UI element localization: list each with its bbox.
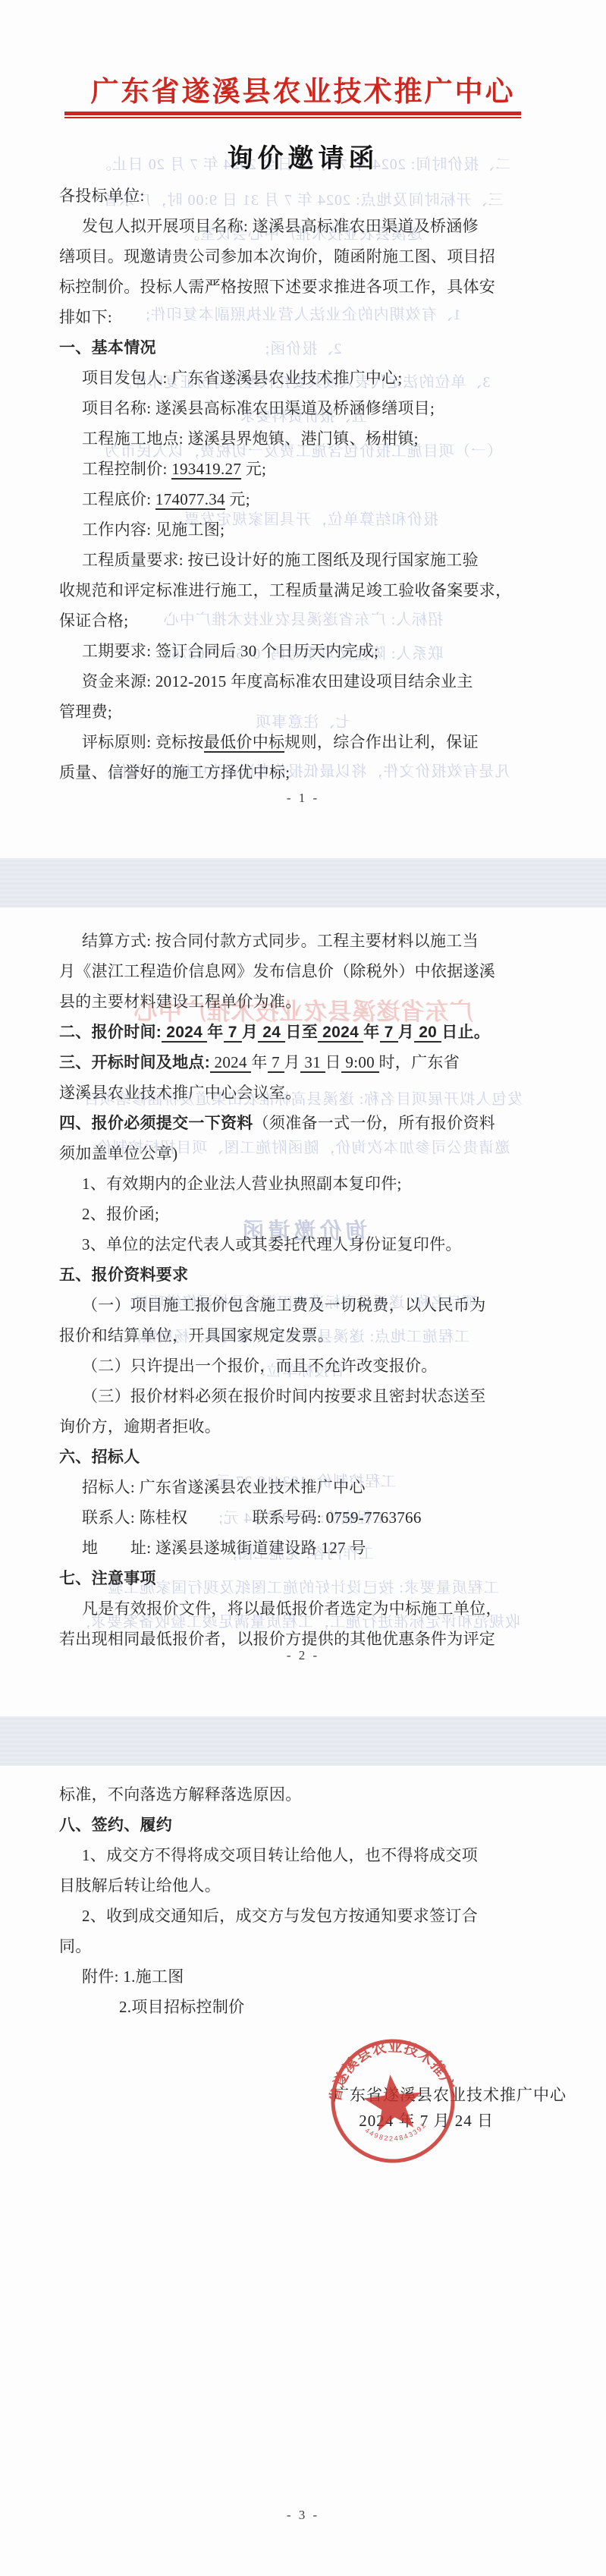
text-line: 质量、信誉好的施工方择优中标; [59, 757, 550, 788]
text-segment: 年 [207, 1024, 223, 1041]
text-segment: 招标人: 广东省遂溪县农业技术推广中心 [82, 1478, 366, 1496]
text-line: （二）只许提出一个报价，而且不允许改变报价。 [59, 1351, 550, 1381]
text-segment: 保证合格; [59, 612, 128, 630]
text-line: 三、开标时间及地点: 2024 年 7 月 31 日 9:00 时，广东省 [59, 1047, 550, 1077]
signature-org-name: 广东省遂溪县农业技术推广中心 [0, 2083, 567, 2106]
text-segment: 标控制价。投标人需严格按照下述要求推进各项工作，具体安 [59, 278, 495, 296]
text-line: 月《湛江工程造价信息网》发布信息价（除税外）中依据遂溪 [59, 956, 550, 986]
text-line: 遂溪县农业技术推广中心会议室。 [59, 1077, 550, 1108]
text-line: 报价和结算单位，开具国家规定发票。 [59, 1320, 550, 1351]
text-segment: 2024 [210, 1053, 251, 1073]
official-seal: 广东省遂溪县农业技术推广中心 4498224843392 [318, 2026, 468, 2176]
text-segment: 项目名称: 遂溪县高标准农田渠道及桥涵修缮项目; [82, 399, 435, 417]
text-segment: 项目发包人: 广东省遂溪县农业技术推广中心; [82, 369, 403, 387]
text-segment: 工作内容: 见施工图; [82, 521, 225, 539]
text-line: 询价方，逾期者拒收。 [59, 1411, 550, 1442]
text-segment: 工程底价: [82, 490, 155, 508]
text-segment: 月《湛江工程造价信息网》发布信息价（除税外）中依据遂溪 [59, 962, 495, 980]
text-segment: （二）只许提出一个报价，而且不允许改变报价。 [82, 1357, 438, 1375]
text-segment: 工程质量要求: 按已设计好的施工图纸及现行国家施工验 [82, 551, 479, 569]
text-line: 二、报价时间: 2024 年 7 月 24 日至 2024 年 7 月 20 日… [59, 1017, 550, 1047]
text-line: 工程控制价: 193419.27 元; [59, 454, 550, 484]
text-line: 目肢解后转让给他人。 [59, 1870, 550, 1901]
text-line: 资金来源: 2012-2015 年度高标准农田建设项目结余业主 [59, 666, 550, 697]
scanned-page-2: 广东省遂溪县农业技术推广中心发包人拟开展项目名称: 遂溪县高标准农田渠道及桥涵修… [0, 907, 606, 1716]
text-segment: 元; [241, 460, 266, 478]
text-line: 1、有效期内的企业法人营业执照副本复印件; [59, 1168, 550, 1199]
text-segment: 日止。 [441, 1024, 490, 1041]
text-segment: 规则，综合作出让利，保证 [284, 733, 479, 751]
text-line: 八、签约、履约 [59, 1810, 550, 1840]
text-line: 排如下: [59, 302, 550, 332]
text-line: 工程底价: 174077.34 元; [59, 484, 550, 514]
text-segment: 工程施工地点: 遂溪县界炮镇、港门镇、杨柑镇; [82, 429, 419, 448]
text-segment: 资金来源: 2012-2015 年度高标准农田建设项目结余业主 [82, 672, 473, 690]
text-line: 3、单位的法定代表人或其委托代理人身份证复印件。 [59, 1229, 550, 1260]
text-segment: 报价和结算单位，开具国家规定发票。 [59, 1326, 334, 1345]
page2-body: 结算方式: 按合同付款方式同步。工程主要材料以施工当月《湛江工程造价信息网》发布… [59, 926, 550, 1654]
text-segment: 193419.27 [171, 460, 241, 480]
text-line: 收规范和评定标准进行施工，工程质量满足竣工验收备案要求， [59, 575, 550, 605]
text-segment: 四、报价必须提交一下资料 [59, 1115, 253, 1132]
text-line: 2.项目招标控制价 [59, 1992, 550, 2022]
text-segment: 联系人: 陈桂权 联系号码: 0759-7763766 [82, 1508, 422, 1527]
text-segment: 三、开标时间及地点: [59, 1054, 210, 1071]
text-segment: 年 [251, 1053, 267, 1071]
text-segment: 县的主要材料建设工程单价为准。 [59, 992, 302, 1011]
text-segment: 收规范和评定标准进行施工，工程质量满足竣工验收备案要求， [59, 581, 511, 599]
text-line: 工程施工地点: 遂溪县界炮镇、港门镇、杨柑镇; [59, 423, 550, 454]
text-segment: （一）项目施工报价包含施工费及一切税费，以人民币为 [82, 1296, 486, 1314]
text-segment: 24 [258, 1024, 285, 1043]
page3-body: 标准，不向落选方解释落选原因。八、签约、履约1、成交方不得将成交项目转让给他人，… [59, 1779, 550, 2022]
text-segment: 日 [325, 1053, 341, 1071]
letterhead-org-name: 广东省遂溪县农业技术推广中心 [0, 68, 606, 109]
text-segment: 若出现相同最低报价者，以报价方提供的其他优惠条件为评定 [59, 1630, 495, 1648]
text-line: 一、基本情况 [59, 332, 550, 363]
text-line: 1、成交方不得将成交项目转让给他人，也不得将成交项 [59, 1840, 550, 1870]
scanned-page-1: 二、报价时间: 2024 年 7 月 24 日至 2024 年 7 月 20 日… [0, 0, 606, 858]
text-segment: （三）报价材料必须在报价时间内按要求且密封状态送至 [82, 1387, 486, 1405]
text-segment: 2024 [318, 1024, 363, 1043]
page1-body: 各投标单位:发包人拟开展项目名称: 遂溪县高标准农田渠道及桥涵修缮项目。现邀请贵… [59, 181, 550, 788]
text-segment: 7 [268, 1053, 284, 1073]
text-segment: 元; [225, 490, 250, 508]
text-line: 工期要求: 签订合同后 30 个日历天内完成; [59, 636, 550, 666]
text-segment: 2、收到成交通知后，成交方与发包方按通知要求签订合 [82, 1907, 478, 1925]
text-segment: 月 [284, 1053, 300, 1071]
text-segment: 评标原则: 竞标按 [82, 733, 204, 751]
text-line: 五、报价资料要求 [59, 1260, 550, 1290]
text-line: 地 址: 遂溪县遂城街道建设路 127 号 [59, 1533, 550, 1563]
text-segment: 须加盖单位公章) [59, 1144, 177, 1162]
text-line: 标控制价。投标人需严格按照下述要求推进各项工作，具体安 [59, 272, 550, 302]
text-line: 缮项目。现邀请贵公司参加本次询价，随函附施工图、项目招 [59, 241, 550, 272]
text-line: 2、收到成交通知后，成交方与发包方按通知要求签订合 [59, 1901, 550, 1931]
text-segment: 发包人拟开展项目名称: 遂溪县高标准农田渠道及桥涵修 [82, 217, 479, 235]
text-line: 管理费; [59, 697, 550, 727]
text-segment: 质量、信誉好的施工方择优中标; [59, 763, 290, 782]
text-segment: 31 [300, 1053, 325, 1073]
text-segment: 20 [414, 1024, 441, 1043]
text-segment: 工期要求: 签订合同后 30 个日历天内完成; [82, 642, 378, 660]
document-title: 询价邀请函 [0, 137, 606, 175]
text-line: 工程质量要求: 按已设计好的施工图纸及现行国家施工验 [59, 545, 550, 575]
text-line: 同。 [59, 1931, 550, 1961]
text-segment: 工程控制价: [82, 460, 171, 478]
text-line: （三）报价材料必须在报价时间内按要求且密封状态送至 [59, 1381, 550, 1411]
text-segment: 缮项目。现邀请贵公司参加本次询价，随函附施工图、项目招 [59, 247, 495, 266]
page-number: - 3 - [0, 2508, 606, 2523]
text-segment: 3、单位的法定代表人或其委托代理人身份证复印件。 [82, 1235, 462, 1253]
text-segment: 月 [242, 1024, 258, 1041]
text-line: 联系人: 陈桂权 联系号码: 0759-7763766 [59, 1502, 550, 1533]
scanned-document: 二、报价时间: 2024 年 7 月 24 日至 2024 年 7 月 20 日… [0, 0, 606, 2576]
text-line: 四、报价必须提交一下资料（须准备一式一份，所有报价资料 [59, 1108, 550, 1138]
text-line: （一）项目施工报价包含施工费及一切税费，以人民币为 [59, 1290, 550, 1320]
text-segment: 结算方式: 按合同付款方式同步。工程主要材料以施工当 [82, 932, 479, 950]
page-number: - 2 - [0, 1648, 606, 1663]
text-segment: 174077.34 [155, 490, 225, 510]
text-line: 标准，不向落选方解释落选原因。 [59, 1779, 550, 1810]
text-line: 各投标单位: [59, 181, 550, 211]
text-segment: 1、有效期内的企业法人营业执照副本复印件; [82, 1175, 402, 1193]
text-segment: 排如下: [59, 308, 112, 326]
text-line: 招标人: 广东省遂溪县农业技术推广中心 [59, 1472, 550, 1502]
seal-star-icon [362, 2071, 425, 2132]
svg-text:4498224843392: 4498224843392 [363, 2120, 430, 2145]
scanned-page-3: 标准，不向落选方解释落选原因。八、签约、履约1、成交方不得将成交项目转让给他人，… [0, 1766, 606, 2576]
text-line: 须加盖单位公章) [59, 1138, 550, 1168]
text-segment: 2.项目招标控制价 [119, 1998, 244, 2016]
page-number: - 1 - [0, 791, 606, 806]
text-segment: 7 [380, 1024, 398, 1043]
text-segment: （须准备一式一份，所有报价资料 [253, 1114, 496, 1132]
text-segment: 二、报价时间: [59, 1024, 162, 1041]
text-line: 2、报价函; [59, 1199, 550, 1229]
page-separator [0, 858, 606, 907]
text-segment: 标准，不向落选方解释落选原因。 [59, 1785, 302, 1804]
text-segment: 遂溪县农业技术推广中心会议室。 [59, 1084, 302, 1102]
text-segment: 七、注意事项 [59, 1570, 156, 1587]
text-line: 七、注意事项 [59, 1563, 550, 1593]
text-segment: 日至 [285, 1024, 318, 1041]
text-line: 评标原则: 竞标按最低价中标规则，综合作出让利，保证 [59, 727, 550, 757]
text-line: 保证合格; [59, 605, 550, 636]
text-segment: 凡是有效报价文件，将以最低报价者选定为中标施工单位， [82, 1599, 502, 1618]
text-line: 项目发包人: 广东省遂溪县农业技术推广中心; [59, 363, 550, 393]
text-segment: 询价方，逾期者拒收。 [59, 1417, 221, 1436]
text-segment: 年 [363, 1024, 379, 1041]
text-segment: 时，广东省 [379, 1053, 460, 1071]
text-line: 结算方式: 按合同付款方式同步。工程主要材料以施工当 [59, 926, 550, 956]
text-segment: 7 [224, 1024, 242, 1043]
text-line: 县的主要材料建设工程单价为准。 [59, 986, 550, 1017]
text-segment: 六、招标人 [59, 1448, 140, 1466]
letterhead-divider [64, 112, 521, 115]
text-segment: 1、成交方不得将成交项目转让给他人，也不得将成交项 [82, 1846, 478, 1864]
text-segment: 9:00 [341, 1053, 379, 1073]
text-segment: 五、报价资料要求 [59, 1266, 188, 1284]
text-segment: 目肢解后转让给他人。 [59, 1876, 221, 1895]
text-line: 项目名称: 遂溪县高标准农田渠道及桥涵修缮项目; [59, 393, 550, 423]
text-line: 工作内容: 见施工图; [59, 514, 550, 545]
page-separator [0, 1716, 606, 1766]
text-line: 附件: 1.施工图 [59, 1961, 550, 1992]
text-segment: 同。 [59, 1937, 92, 1955]
text-segment: 最低价中标 [204, 733, 285, 753]
text-segment: 一、基本情况 [59, 339, 156, 357]
text-segment: 月 [398, 1024, 414, 1041]
text-segment: 地 址: 遂溪县遂城街道建设路 127 号 [82, 1539, 366, 1557]
seal-serial-number: 4498224843392 [363, 2120, 430, 2145]
text-line: 凡是有效报价文件，将以最低报价者选定为中标施工单位， [59, 1593, 550, 1624]
text-line: 发包人拟开展项目名称: 遂溪县高标准农田渠道及桥涵修 [59, 211, 550, 241]
text-segment: 2024 [162, 1024, 207, 1043]
text-segment: 2、报价函; [82, 1205, 159, 1223]
text-segment: 各投标单位: [59, 187, 145, 205]
text-segment: 管理费; [59, 703, 112, 721]
text-line: 六、招标人 [59, 1442, 550, 1472]
text-segment: 附件: 1.施工图 [82, 1967, 184, 1986]
text-segment: 八、签约、履约 [59, 1816, 172, 1834]
